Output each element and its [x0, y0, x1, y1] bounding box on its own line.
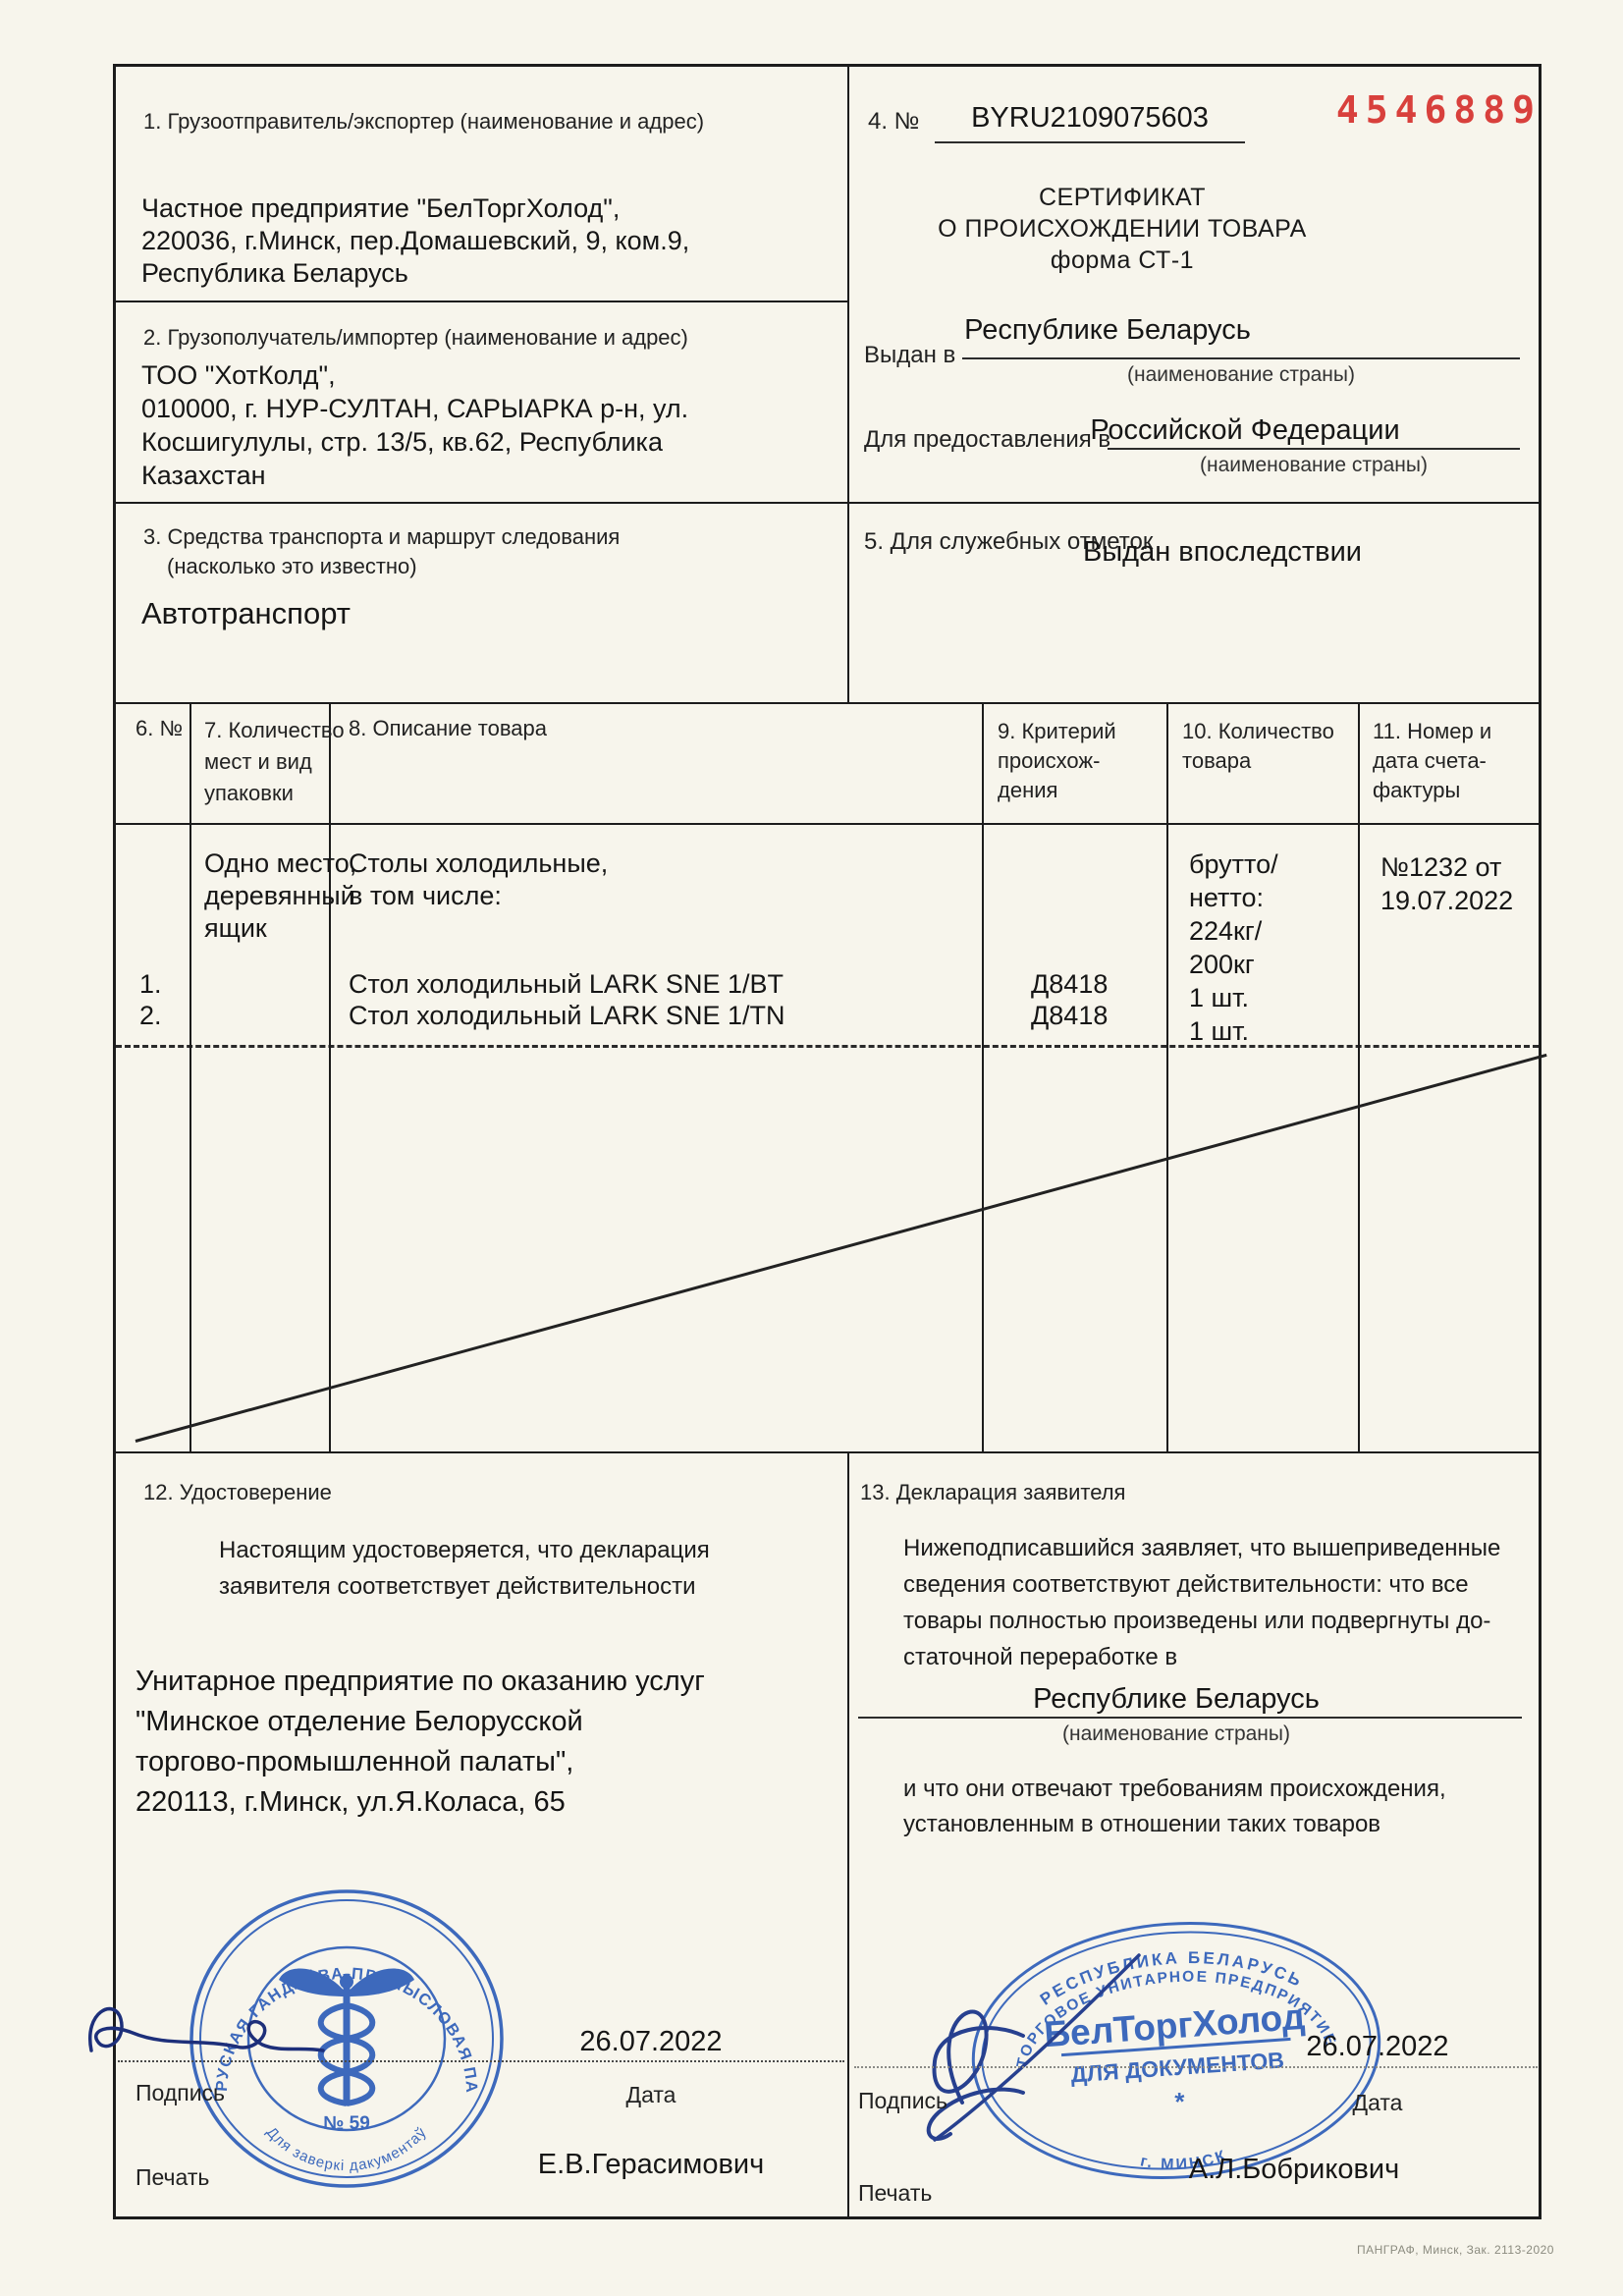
- box13-country-value: Республике Беларусь: [901, 1683, 1451, 1716]
- box13-country-line: [858, 1717, 1522, 1719]
- box13-country-hint: (наименование страны): [901, 1722, 1451, 1746]
- table-header-7: 7. Количество мест и вид упаковки: [204, 715, 345, 809]
- table-header-6: 6. №: [135, 715, 183, 741]
- box4-number-label: 4. №: [868, 108, 919, 135]
- certificate-title-line2: О ПРОИСХОЖДЕНИИ ТОВАРА: [847, 214, 1397, 245]
- box12-signatory-name: Е.В.Герасимович: [479, 2149, 823, 2181]
- table-header-8: 8. Описание товара: [349, 715, 547, 741]
- item2-quantity: 1 шт.: [1189, 1015, 1249, 1048]
- box5-service-note: Выдан впоследствии: [1083, 536, 1362, 569]
- box1-exporter-line1: Частное предприятие "БелТоргХолод",: [141, 192, 620, 225]
- box12-sign-label: Подпись: [135, 2080, 225, 2106]
- box12-date-label: Дата: [528, 2082, 774, 2108]
- item1-quantity: 1 шт.: [1189, 982, 1249, 1014]
- provided-to-hint: (наименование страны): [1108, 454, 1520, 477]
- provided-to-label: Для предоставления в: [864, 426, 1110, 453]
- box13-date-value: 26.07.2022: [1235, 2031, 1520, 2063]
- item1-number: 1.: [139, 968, 162, 1001]
- certificate-title-line3: форма СТ-1: [847, 246, 1397, 276]
- item1-criterion: Д8418: [1031, 968, 1108, 1001]
- box13-declaration-text: Нижеподписавшийся заявляет, что вышеприв…: [903, 1530, 1500, 1675]
- box1-exporter-line3: Республика Беларусь: [141, 257, 408, 290]
- box2-importer-line3: Косшигулулы, стр. 13/5, кв.62, Республик…: [141, 426, 663, 459]
- col9-border: [1166, 702, 1168, 1451]
- packaging-cell: Одно место, деревянный ящик: [204, 847, 356, 945]
- divider-main-top: [847, 67, 849, 702]
- printer-note: ПАНГРАФ, Минск, Зак. 2113-2020: [1357, 2243, 1554, 2257]
- col8-border: [982, 702, 984, 1451]
- box13-signatory-name: А.Л.Бобрикович: [1098, 2154, 1490, 2186]
- box2-label: 2. Грузополучатель/импортер (наименовани…: [143, 324, 688, 351]
- col10-border: [1358, 702, 1360, 1451]
- provided-to-line: [1108, 448, 1520, 450]
- box12-chamber-address: Унитарное предприятие по оказанию услуг …: [135, 1662, 705, 1823]
- box13-seal-label: Печать: [858, 2180, 932, 2207]
- certificate-number-underline: [935, 141, 1245, 143]
- issued-in-country: Республике Беларусь: [892, 314, 1324, 347]
- quantity-head-cell: брутто/ нетто: 224кг/ 200кг: [1189, 847, 1278, 981]
- certificate-number: BYRU2109075603: [935, 102, 1245, 135]
- box2-importer-line4: Казахстан: [141, 460, 266, 492]
- box12-date-value: 26.07.2022: [528, 2026, 774, 2058]
- col7-border: [329, 702, 331, 1451]
- certificate-scan-page: 1. Грузоотправитель/экспортер (наименова…: [0, 0, 1623, 2296]
- table-bottom-border: [116, 1451, 1539, 1453]
- box2-importer-line1: ТОО "ХотКолд",: [141, 359, 336, 392]
- issued-in-label: Выдан в: [864, 342, 955, 368]
- item2-number: 2.: [139, 1000, 162, 1032]
- item1-description: Стол холодильный LARK SNE 1/BT: [349, 968, 784, 1001]
- item2-description: Стол холодильный LARK SNE 1/TN: [349, 1000, 784, 1032]
- table-header-11: 11. Номер и дата счета- фактуры: [1373, 717, 1491, 805]
- box12-attestation-text: Настоящим удостоверяется, что декларация…: [219, 1532, 710, 1605]
- box13-label: 13. Декларация заявителя: [860, 1479, 1125, 1505]
- col6-border: [189, 702, 191, 1451]
- stamp-left-number: № 59: [323, 2113, 370, 2134]
- box13-date-label: Дата: [1235, 2090, 1520, 2116]
- table-header-9: 9. Критерий происхож- дения: [998, 717, 1116, 805]
- box12-signature-line: [118, 2060, 844, 2062]
- invoice-cell: №1232 от 19.07.2022: [1380, 850, 1513, 917]
- chamber-signature: [81, 1990, 406, 2098]
- description-head-cell: Столы холодильные, в том числе:: [349, 847, 608, 912]
- applicant-signature: [892, 1938, 1196, 2173]
- issued-in-line: [962, 357, 1520, 359]
- box13-closing-text: и что они отвечают требованиям происхожд…: [903, 1772, 1446, 1842]
- divider-row2: [116, 502, 1539, 504]
- certificate-form: 1. Грузоотправитель/экспортер (наименова…: [113, 64, 1542, 2219]
- box1-label: 1. Грузоотправитель/экспортер (наименова…: [143, 108, 704, 135]
- box13-signature-line: [854, 2066, 1538, 2068]
- issued-in-hint: (наименование страны): [962, 363, 1520, 387]
- box12-seal-label: Печать: [135, 2164, 209, 2191]
- certificate-title-line1: СЕРТИФИКАТ: [847, 183, 1397, 213]
- item2-criterion: Д8418: [1031, 1000, 1108, 1032]
- table-header-10: 10. Количество товара: [1182, 717, 1334, 776]
- divider-box1-box2: [116, 301, 847, 302]
- box13-sign-label: Подпись: [858, 2088, 947, 2114]
- box2-importer-line2: 010000, г. НУР-СУЛТАН, САРЫАРКА р-н, ул.: [141, 393, 688, 425]
- box3-transport-value: Автотранспорт: [141, 597, 351, 629]
- box3-label-line1: 3. Средства транспорта и маршрут следова…: [143, 523, 620, 550]
- box1-exporter-line2: 220036, г.Минск, пер.Домашевский, 9, ком…: [141, 225, 689, 257]
- strike-through-line: [135, 1054, 1547, 1443]
- red-serial-number: 4546889: [1298, 88, 1542, 132]
- box3-label-line2: (насколько это известно): [167, 553, 417, 579]
- box12-label: 12. Удостоверение: [143, 1479, 332, 1505]
- divider-main-bottom: [847, 1451, 849, 2219]
